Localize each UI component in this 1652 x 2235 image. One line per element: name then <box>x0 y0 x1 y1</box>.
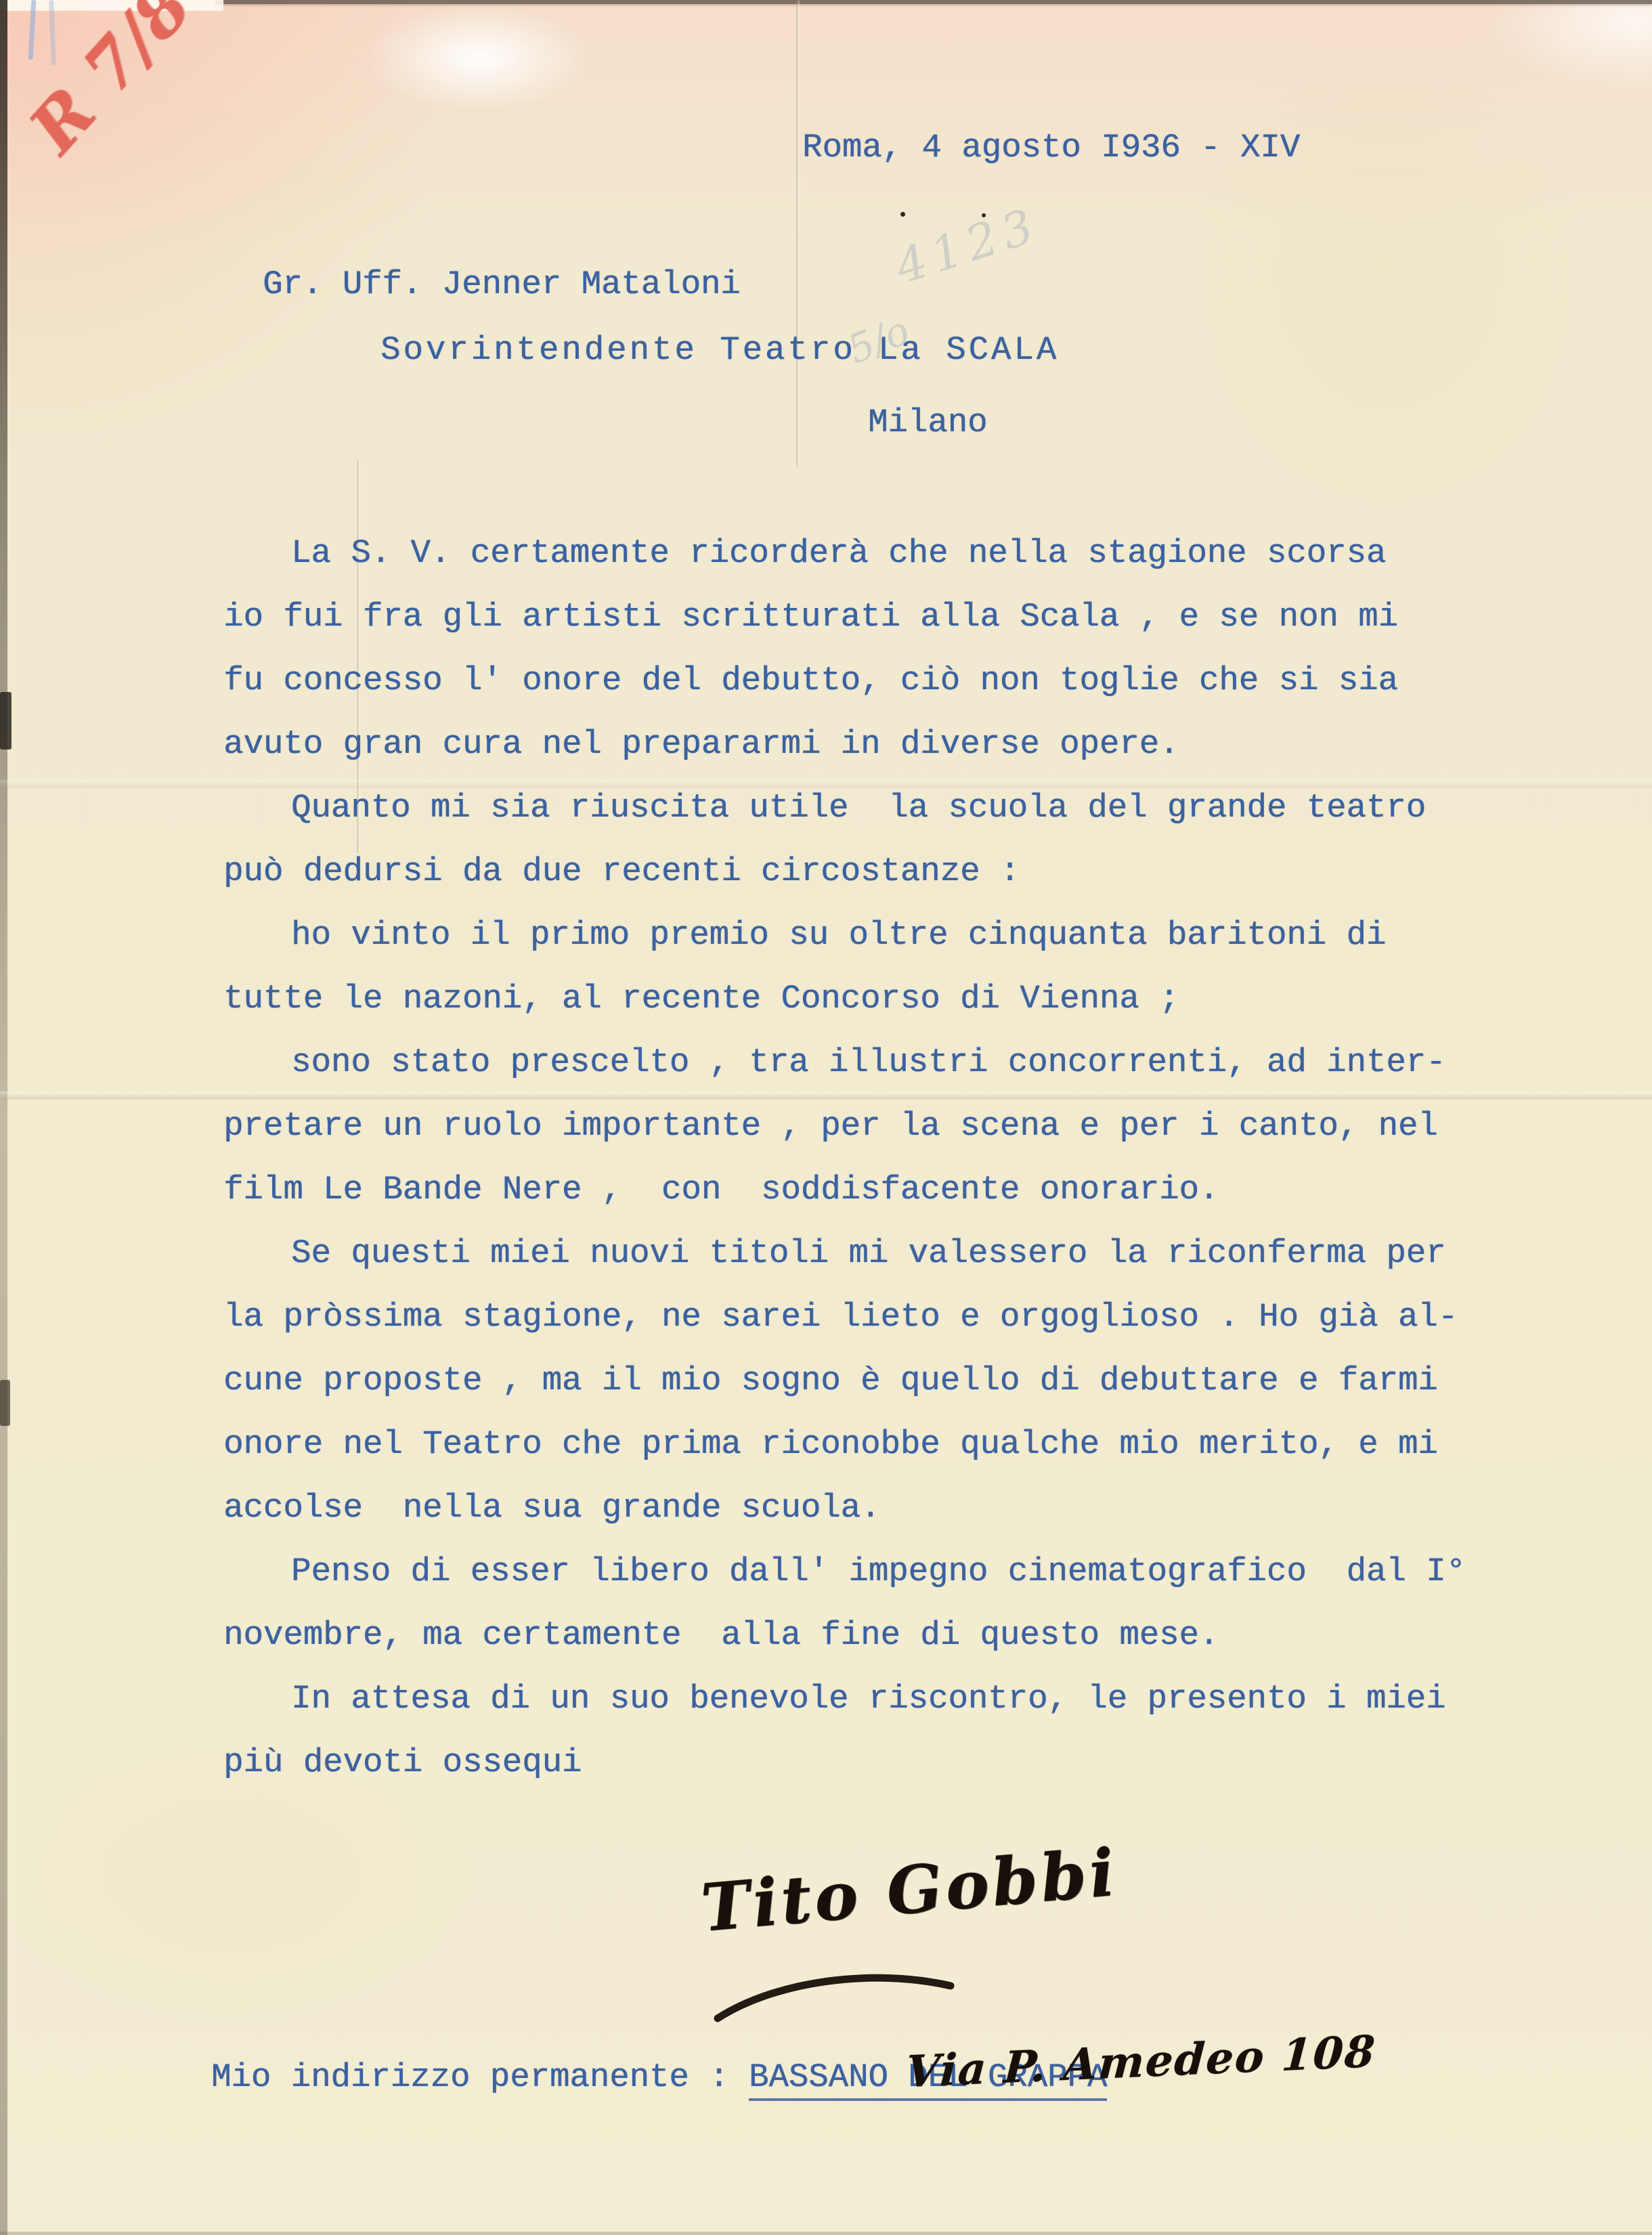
letter-page: R 7/8 4123 5/o Roma, 4 agosto I936 - XIV… <box>0 0 1652 2235</box>
red-pencil-annotation: R 7/8 <box>14 0 250 205</box>
body-line: Se questi miei nuovi titoli mi valessero… <box>223 1221 1496 1285</box>
paper-left-edge-shadow <box>0 0 7 2235</box>
body-line: Quanto mi sia riuscita utile la scuola d… <box>223 776 1496 840</box>
body-line: sono stato prescelto , tra illustri conc… <box>223 1030 1496 1094</box>
body-line: avuto gran cura nel prepararmi in divers… <box>223 712 1496 776</box>
body-line: In attesa di un suo benevole riscontro, … <box>223 1667 1496 1731</box>
letter-body: La S. V. certamente ricorderà che nella … <box>223 521 1496 1794</box>
body-line: ho vinto il primo premio su oltre cinqua… <box>223 903 1496 967</box>
paper-bottom-edge <box>0 2232 1652 2235</box>
body-line: io fui fra gli artisti scritturati alla … <box>223 585 1496 649</box>
body-line: tutte le nazoni, al recente Concorso di … <box>223 967 1496 1030</box>
recipient-name: Gr. Uff. Jenner Mataloni <box>263 265 741 303</box>
paper-top-edge <box>215 0 1652 4</box>
paper-left-edge-mark <box>0 692 12 750</box>
body-line: novembre, ma certamente alla fine di que… <box>223 1603 1496 1667</box>
signature-underline-flourish <box>712 1959 963 2030</box>
body-line: pretare un ruolo importante , per la sce… <box>223 1094 1496 1158</box>
body-line: può dedursi da due recenti circostanze : <box>223 840 1496 903</box>
handwritten-signature: Tito Gobbi <box>698 1833 1121 1946</box>
body-line: onore nel Teatro che prima riconobbe qua… <box>223 1412 1496 1476</box>
date-line: Roma, 4 agosto I936 - XIV <box>802 129 1300 167</box>
paper-left-fold-mark <box>0 1380 10 1426</box>
faint-pencil-annotation: 4123 <box>889 196 1047 295</box>
handwritten-address: Via P. Amedeo 108 <box>905 2026 1378 2098</box>
body-line: la pròssima stagione, ne sarei lieto e o… <box>223 1285 1496 1349</box>
ink-speck <box>900 212 905 217</box>
recipient-city: Milano <box>868 404 987 441</box>
body-line: Penso di esser libero dall' impegno cine… <box>223 1540 1496 1603</box>
body-line: fu concesso l' onore del debutto, ciò no… <box>223 649 1496 712</box>
vertical-crease <box>796 0 798 467</box>
body-line: La S. V. certamente ricorderà che nella … <box>223 521 1496 585</box>
address-typed-prefix: Mio indirizzo permanente : <box>211 2058 749 2096</box>
body-line: più devoti ossequi <box>223 1731 1496 1794</box>
body-line: film Le Bande Nere , con soddisfacente o… <box>223 1158 1496 1221</box>
body-line: accolse nella sua grande scuola. <box>223 1476 1496 1540</box>
body-line: cune proposte , ma il mio sogno è quello… <box>223 1349 1496 1412</box>
recipient-title: Sovrintendente Teatro La SCALA <box>381 331 1059 369</box>
